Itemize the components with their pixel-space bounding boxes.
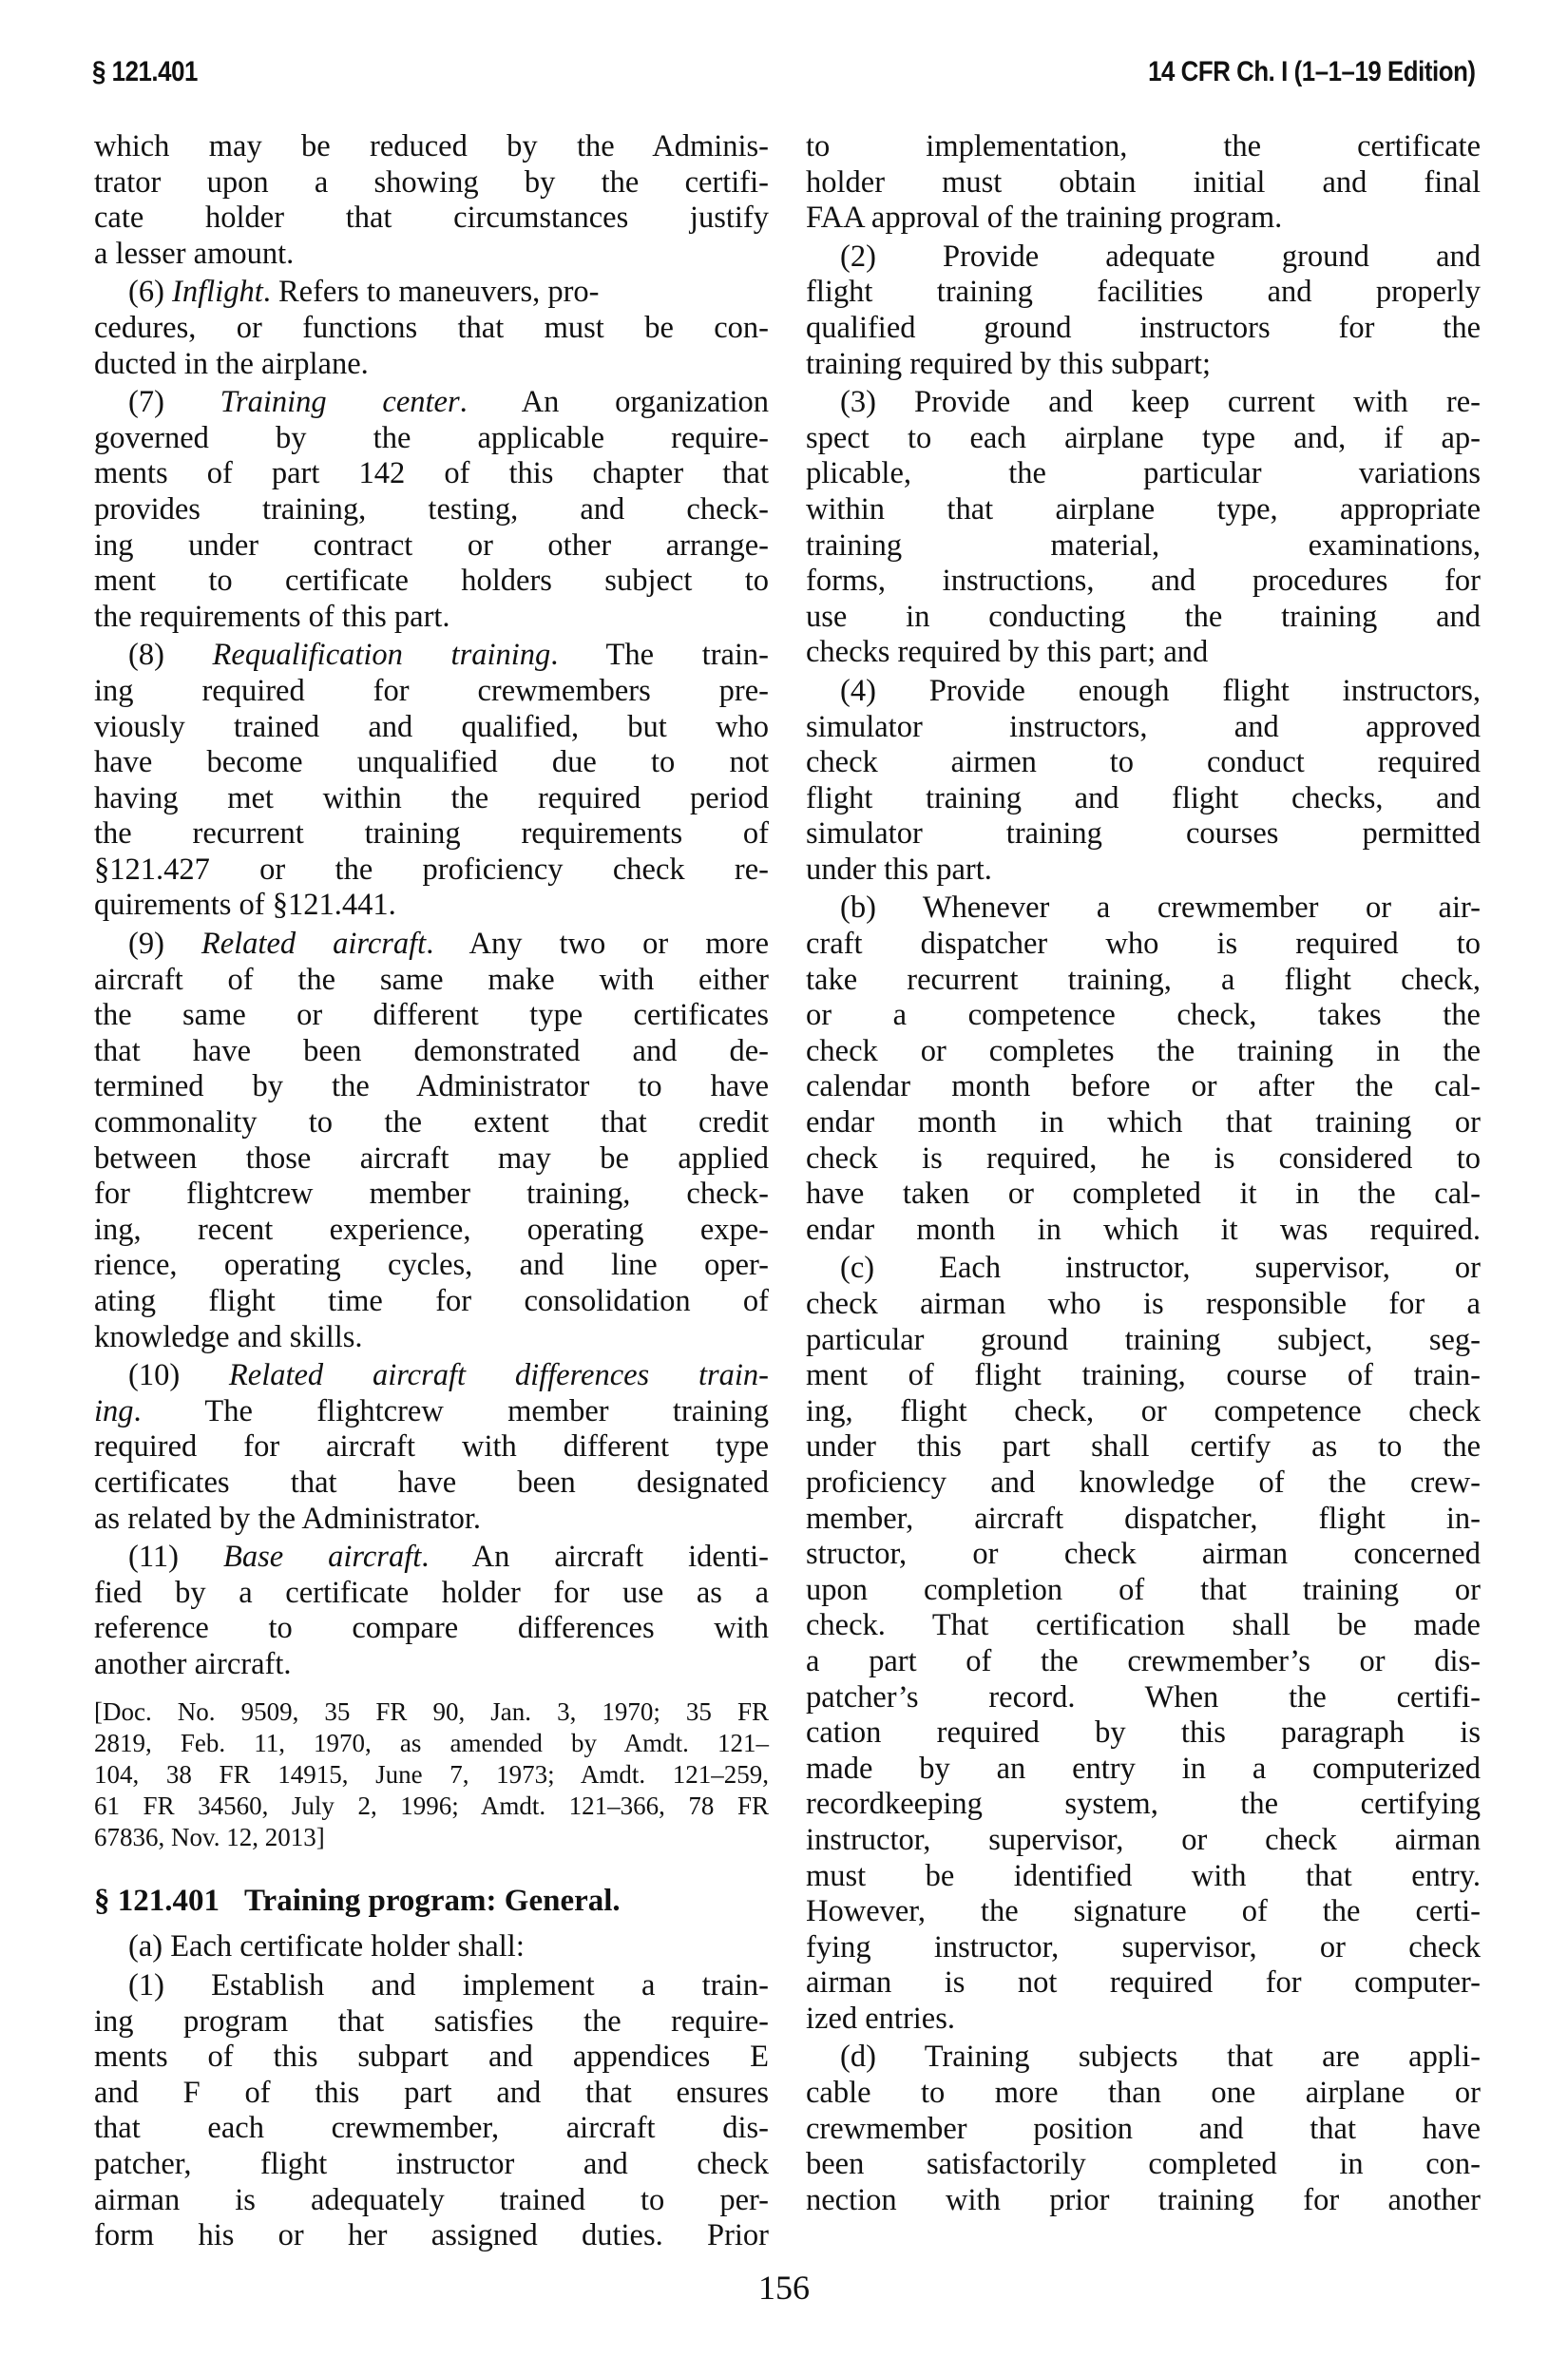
text-line: qualified ground instructors for the (806, 311, 1481, 347)
paragraph-a3: (3) Provide and keep current with re- sp… (806, 385, 1481, 671)
paragraph-d: (d) Training subjects that are appli- ca… (806, 2040, 1481, 2218)
text-line: (d) Training subjects that are appli- (806, 2040, 1481, 2076)
definition-text: . Any two or more (426, 927, 769, 961)
text-line: been satisfactorily completed in con- (806, 2147, 1481, 2183)
text-line: and F of this part and that ensures (94, 2076, 769, 2112)
text-line: within that airplane type, appropriate (806, 492, 1481, 528)
citation-line: [Doc. No. 9509, 35 FR 90, Jan. 3, 1970; … (94, 1696, 769, 1728)
text-line: (7) Training center. An organization (94, 385, 769, 421)
text-line: under this part. (806, 853, 1481, 889)
text-line: aircraft of the same make with either (94, 963, 769, 999)
text-line: training material, examinations, (806, 528, 1481, 565)
text-line: check. That certification shall be made (806, 1608, 1481, 1644)
left-column: which may be reduced by the Adminis- tra… (94, 129, 769, 2257)
citation-line: 61 FR 34560, July 2, 1996; Amdt. 121–366… (94, 1791, 769, 1822)
section-title: Training program: General. (244, 1884, 621, 1918)
text-line: nection with prior training for another (806, 2183, 1481, 2219)
definition-text: . An organization (460, 385, 769, 419)
definition-number: (6) (128, 275, 164, 309)
definition-related-aircraft: (9) Related aircraft. Any two or more ai… (94, 927, 769, 1355)
text-line: between those aircraft may be applied (94, 1141, 769, 1178)
text-line: under this part shall certify as to the (806, 1429, 1481, 1466)
text-line: ments of this subpart and appendices E (94, 2040, 769, 2076)
text-line: holder must obtain initial and final (806, 165, 1481, 201)
text-line: provides training, testing, and check- (94, 492, 769, 528)
definition-text: . An aircraft identi- (421, 1540, 769, 1574)
text-line: crewmember position and that have (806, 2112, 1481, 2148)
text-line: form his or her assigned duties. Prior (94, 2218, 769, 2254)
text-line: ing, flight check, or competence check (806, 1394, 1481, 1430)
header-section-ref: § 121.401 (92, 56, 198, 88)
text-line: rience, operating cycles, and line oper- (94, 1248, 769, 1284)
definition-number: (7) (128, 385, 164, 419)
citation-line: 2819, Feb. 11, 1970, as amended by Amdt.… (94, 1728, 769, 1759)
text-line: required for aircraft with different typ… (94, 1429, 769, 1466)
paragraph-a1: (1) Establish and implement a train- ing… (94, 1968, 769, 2254)
text-line: patcher’s record. When the certifi- (806, 1680, 1481, 1716)
text-line: having met within the required period (94, 781, 769, 817)
text-line: trator upon a showing by the certifi- (94, 165, 769, 201)
text-line: check airmen to conduct required (806, 745, 1481, 781)
defined-term: Related aircraft (201, 927, 426, 961)
text-line: (1) Establish and implement a train- (94, 1968, 769, 2004)
text-line: reference to compare differences with (94, 1611, 769, 1647)
text-line: training required by this subpart; (806, 347, 1481, 383)
text-line: (9) Related aircraft. Any two or more (94, 927, 769, 963)
definition-number: (8) (128, 638, 164, 672)
text-line: (11) Base aircraft. An aircraft identi- (94, 1540, 769, 1576)
text-line: commonality to the extent that credit (94, 1105, 769, 1141)
defined-term: Requalification training (213, 638, 551, 672)
text-line: ment to certificate holders subject to (94, 564, 769, 600)
text-line: ing under contract or other arrange- (94, 528, 769, 565)
citation-line: 67836, Nov. 12, 2013] (94, 1822, 769, 1853)
text-line: cation required by this paragraph is (806, 1715, 1481, 1752)
text-line: §121.427 or the proficiency check re- (94, 853, 769, 889)
text-line: cate holder that circumstances justify (94, 201, 769, 237)
text-line: plicable, the particular variations (806, 456, 1481, 492)
definition-number: (10) (128, 1358, 180, 1392)
text-line: ating flight time for consolidation of (94, 1284, 769, 1320)
text-line: particular ground training subject, seg- (806, 1323, 1481, 1359)
text-line: knowledge and skills. (94, 1320, 769, 1356)
text-line: or a competence check, takes the (806, 998, 1481, 1034)
text-line: (8) Requalification training. The train- (94, 638, 769, 674)
text-line: ing. The flightcrew member training (94, 1394, 769, 1430)
text-line: must be identified with that entry. (806, 1859, 1481, 1895)
defined-term: Base aircraft (223, 1540, 421, 1574)
text-line: proficiency and knowledge of the crew- (806, 1466, 1481, 1502)
section-number: § 121.401 (94, 1884, 220, 1918)
definition-number: (11) (128, 1540, 179, 1574)
definition-text: . Refers to maneuvers, pro- (263, 275, 600, 309)
section-heading: § 121.401Training program: General. (94, 1882, 769, 1920)
text-line: ment of flight training, course of train… (806, 1358, 1481, 1394)
definition-text: . The flightcrew member training (134, 1394, 769, 1428)
text-line: ing required for crewmembers pre- (94, 674, 769, 710)
text-line: governed by the applicable require- (94, 421, 769, 457)
text-line: a lesser amount. (94, 237, 769, 273)
page-number: 156 (0, 2268, 1568, 2308)
text-line: have become unqualified due to not (94, 745, 769, 781)
definition-text: . The train- (550, 638, 769, 672)
text-line: (10) Related aircraft differences train- (94, 1358, 769, 1394)
text-line: fied by a certificate holder for use as … (94, 1576, 769, 1612)
text-line: airman is not required for computer- (806, 1965, 1481, 2002)
text-line: (2) Provide adequate ground and (806, 240, 1481, 276)
text-line: check is required, he is considered to (806, 1141, 1481, 1178)
text-line: which may be reduced by the Adminis- (94, 129, 769, 165)
running-header: § 121.401 14 CFR Ch. I (1–1–19 Edition) (92, 53, 1476, 91)
text-line: (a) Each certificate holder shall: (94, 1929, 769, 1965)
text-line: craft dispatcher who is required to (806, 927, 1481, 963)
text-line: ing, recent experience, operating expe- (94, 1213, 769, 1249)
header-publication: 14 CFR Ch. I (1–1–19 Edition) (1148, 56, 1476, 88)
text-line: cable to more than one airplane or (806, 2076, 1481, 2112)
defined-term: Training center (220, 385, 460, 419)
text-line: cedures, or functions that must be con- (94, 311, 769, 347)
text-line: flight training facilities and properly (806, 275, 1481, 311)
definition-number: (9) (128, 927, 164, 961)
text-line: endar month in which that training or (806, 1105, 1481, 1141)
text-line: endar month in which it was required. (806, 1213, 1481, 1249)
text-line: forms, instructions, and procedures for (806, 564, 1481, 600)
text-line: calendar month before or after the cal- (806, 1069, 1481, 1105)
text-line: ing program that satisfies the require- (94, 2004, 769, 2041)
text-line: simulator instructors, and approved (806, 710, 1481, 746)
text-line: for flightcrew member training, check- (94, 1177, 769, 1213)
text-line: upon completion of that training or (806, 1573, 1481, 1609)
text-line: certificates that have been designated (94, 1466, 769, 1502)
text-line: the same or different type certificates (94, 998, 769, 1034)
text-line: (c) Each instructor, supervisor, or (806, 1251, 1481, 1287)
continuation-paragraph: which may be reduced by the Adminis- tra… (94, 129, 769, 272)
text-line: patcher, flight instructor and check (94, 2147, 769, 2183)
text-line: spect to each airplane type and, if ap- (806, 421, 1481, 457)
text-line: fying instructor, supervisor, or check (806, 1930, 1481, 1966)
right-column: to implementation, the certificate holde… (806, 129, 1481, 2221)
text-line: (4) Provide enough flight instructors, (806, 674, 1481, 710)
text-line: airman is adequately trained to per- (94, 2183, 769, 2219)
paragraph-a: (a) Each certificate holder shall: (94, 1929, 769, 1965)
definition-inflight: (6) Inflight. Refers to maneuvers, pro- … (94, 275, 769, 382)
continuation-paragraph: to implementation, the certificate holde… (806, 129, 1481, 237)
definition-requalification-training: (8) Requalification training. The train-… (94, 638, 769, 924)
text-line: have taken or completed it in the cal- (806, 1177, 1481, 1213)
text-line: structor, or check airman concerned (806, 1537, 1481, 1573)
text-line: flight training and flight checks, and (806, 781, 1481, 817)
text-line: member, aircraft dispatcher, flight in- (806, 1502, 1481, 1538)
text-line: (3) Provide and keep current with re- (806, 385, 1481, 421)
text-line: However, the signature of the certi- (806, 1894, 1481, 1930)
defined-term: Related aircraft differences train- (229, 1358, 769, 1392)
paragraph-a4: (4) Provide enough flight instructors, s… (806, 674, 1481, 889)
text-line: a part of the crewmember’s or dis- (806, 1644, 1481, 1680)
text-line: check or completes the training in the (806, 1034, 1481, 1070)
text-line: viously trained and qualified, but who (94, 710, 769, 746)
definition-training-center: (7) Training center. An organization gov… (94, 385, 769, 635)
citation-line: 104, 38 FR 14915, June 7, 1973; Amdt. 12… (94, 1759, 769, 1791)
paragraph-a2: (2) Provide adequate ground and flight t… (806, 240, 1481, 382)
text-line: to implementation, the certificate (806, 129, 1481, 165)
text-line: made by an entry in a computerized (806, 1752, 1481, 1788)
paragraph-c: (c) Each instructor, supervisor, or chec… (806, 1251, 1481, 2037)
text-line: the recurrent training requirements of (94, 816, 769, 853)
text-line: another aircraft. (94, 1647, 769, 1683)
text-line: the requirements of this part. (94, 600, 769, 636)
definition-related-aircraft-differences-training: (10) Related aircraft differences train-… (94, 1358, 769, 1537)
text-line: simulator training courses permitted (806, 816, 1481, 853)
defined-term: ing (94, 1394, 134, 1428)
text-line: checks required by this part; and (806, 635, 1481, 671)
text-line: that have been demonstrated and de- (94, 1034, 769, 1070)
text-line: FAA approval of the training program. (806, 201, 1481, 237)
text-line: ized entries. (806, 2002, 1481, 2038)
text-line: use in conducting the training and (806, 600, 1481, 636)
text-line: termined by the Administrator to have (94, 1069, 769, 1105)
text-line: recordkeeping system, the certifying (806, 1787, 1481, 1823)
source-citation: [Doc. No. 9509, 35 FR 90, Jan. 3, 1970; … (94, 1696, 769, 1854)
defined-term: Inflight (172, 275, 263, 309)
text-line: instructor, supervisor, or check airman (806, 1823, 1481, 1859)
text-line: ments of part 142 of this chapter that (94, 456, 769, 492)
text-line: check airman who is responsible for a (806, 1287, 1481, 1323)
text-line: (b) Whenever a crewmember or air- (806, 891, 1481, 927)
text-line: quirements of §121.441. (94, 888, 769, 924)
paragraph-b: (b) Whenever a crewmember or air- craft … (806, 891, 1481, 1248)
text-line: that each crewmember, aircraft dis- (94, 2111, 769, 2147)
text-line: as related by the Administrator. (94, 1502, 769, 1538)
definition-base-aircraft: (11) Base aircraft. An aircraft identi- … (94, 1540, 769, 1682)
text-line: ducted in the airplane. (94, 347, 769, 383)
text-line: take recurrent training, a flight check, (806, 963, 1481, 999)
text-line: (6) Inflight. Refers to maneuvers, pro- (94, 275, 769, 311)
